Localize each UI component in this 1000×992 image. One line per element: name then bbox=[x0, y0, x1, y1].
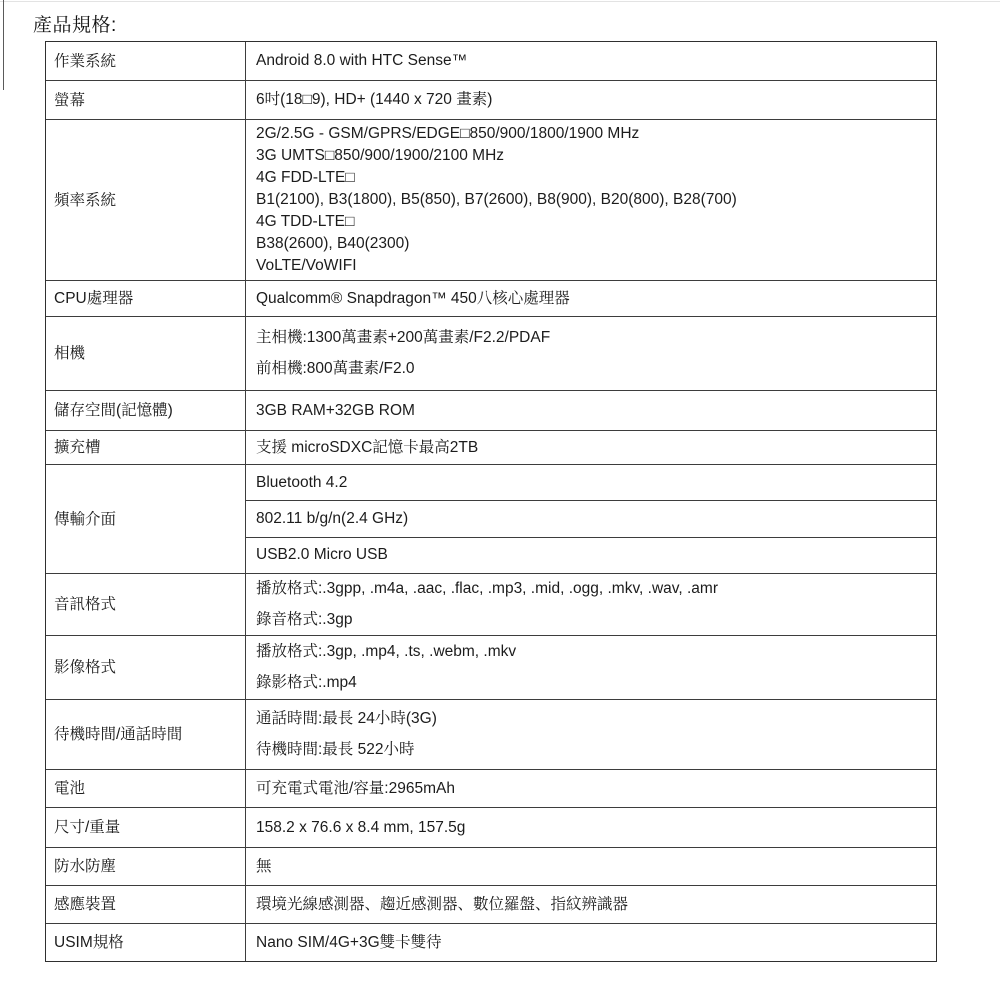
spec-row: 相機主相機:1300萬畫素+200萬畫素/F2.2/PDAF前相機:800萬畫素… bbox=[46, 316, 936, 390]
page-top-border bbox=[0, 1, 1000, 2]
spec-value: 可充電式電池/容量:2965mAh bbox=[246, 770, 936, 807]
spec-label: 作業系統 bbox=[46, 42, 246, 80]
spec-label: 音訊格式 bbox=[46, 574, 246, 635]
spec-value-cell: Nano SIM/4G+3G雙卡雙待 bbox=[246, 924, 936, 961]
spec-value: Qualcomm® Snapdragon™ 450八核心處理器 bbox=[246, 281, 936, 316]
spec-line: 無 bbox=[256, 857, 926, 877]
spec-value-cell: 環境光線感測器、趨近感測器、數位羅盤、指紋辨識器 bbox=[246, 886, 936, 923]
spec-row: 尺寸/重量158.2 x 76.6 x 8.4 mm, 157.5g bbox=[46, 807, 936, 847]
spec-value-cell: 可充電式電池/容量:2965mAh bbox=[246, 770, 936, 807]
spec-value-cell: 3GB RAM+32GB ROM bbox=[246, 391, 936, 430]
spec-row: 傳輸介面Bluetooth 4.2802.11 b/g/n(2.4 GHz)US… bbox=[46, 464, 936, 573]
spec-value: 主相機:1300萬畫素+200萬畫素/F2.2/PDAF前相機:800萬畫素/F… bbox=[246, 317, 936, 390]
spec-row: 影像格式播放格式:.3gp, .mp4, .ts, .webm, .mkv錄影格… bbox=[46, 635, 936, 699]
spec-line: 前相機:800萬畫素/F2.0 bbox=[256, 359, 926, 379]
spec-row: 待機時間/通話時間通話時間:最長 24小時(3G)待機時間:最長 522小時 bbox=[46, 699, 936, 769]
page-left-border bbox=[3, 0, 4, 90]
spec-label: 擴充槽 bbox=[46, 431, 246, 464]
spec-value-cell: 802.11 b/g/n(2.4 GHz) bbox=[246, 500, 936, 536]
spec-label: 防水防塵 bbox=[46, 848, 246, 885]
spec-value: 支援 microSDXC記憶卡最高2TB bbox=[246, 431, 936, 464]
spec-value: 通話時間:最長 24小時(3G)待機時間:最長 522小時 bbox=[246, 700, 936, 769]
spec-label: 電池 bbox=[46, 770, 246, 807]
spec-line: USB2.0 Micro USB bbox=[256, 545, 926, 565]
spec-line: 6吋(18□9), HD+ (1440 x 720 畫素) bbox=[256, 90, 926, 110]
spec-label: 感應裝置 bbox=[46, 886, 246, 923]
spec-row: 防水防塵無 bbox=[46, 847, 936, 885]
spec-row: 螢幕6吋(18□9), HD+ (1440 x 720 畫素) bbox=[46, 80, 936, 119]
spec-value: Android 8.0 with HTC Sense™ bbox=[246, 42, 936, 80]
spec-line: 支援 microSDXC記憶卡最高2TB bbox=[256, 438, 926, 458]
spec-value-cell: Android 8.0 with HTC Sense™ bbox=[246, 42, 936, 80]
spec-line: Bluetooth 4.2 bbox=[256, 473, 926, 493]
spec-value-cell: 主相機:1300萬畫素+200萬畫素/F2.2/PDAF前相機:800萬畫素/F… bbox=[246, 317, 936, 390]
spec-value-cell: 158.2 x 76.6 x 8.4 mm, 157.5g bbox=[246, 808, 936, 847]
spec-value: 6吋(18□9), HD+ (1440 x 720 畫素) bbox=[246, 81, 936, 119]
spec-label: 頻率系統 bbox=[46, 120, 246, 280]
spec-row: 儲存空間(記憶體)3GB RAM+32GB ROM bbox=[46, 390, 936, 430]
page-title: 產品規格: bbox=[33, 10, 117, 37]
spec-value: 2G/2.5G - GSM/GPRS/EDGE□850/900/1800/190… bbox=[246, 120, 936, 280]
spec-value-cell: 播放格式:.3gp, .mp4, .ts, .webm, .mkv錄影格式:.m… bbox=[246, 636, 936, 699]
spec-value: 播放格式:.3gp, .mp4, .ts, .webm, .mkv錄影格式:.m… bbox=[246, 636, 936, 699]
spec-label: 儲存空間(記憶體) bbox=[46, 391, 246, 430]
spec-value-cell: 6吋(18□9), HD+ (1440 x 720 畫素) bbox=[246, 81, 936, 119]
spec-row: 擴充槽支援 microSDXC記憶卡最高2TB bbox=[46, 430, 936, 464]
spec-line: 可充電式電池/容量:2965mAh bbox=[256, 779, 926, 799]
spec-value: 158.2 x 76.6 x 8.4 mm, 157.5g bbox=[246, 808, 936, 847]
spec-line: 2G/2.5G - GSM/GPRS/EDGE□850/900/1800/190… bbox=[256, 123, 926, 145]
spec-value-cell: USB2.0 Micro USB bbox=[246, 537, 936, 573]
spec-value-cell: Bluetooth 4.2 bbox=[246, 465, 936, 500]
spec-row: 音訊格式播放格式:.3gpp, .m4a, .aac, .flac, .mp3,… bbox=[46, 573, 936, 635]
spec-label: USIM規格 bbox=[46, 924, 246, 961]
spec-value: Nano SIM/4G+3G雙卡雙待 bbox=[246, 924, 936, 961]
spec-value-cell: 通話時間:最長 24小時(3G)待機時間:最長 522小時 bbox=[246, 700, 936, 769]
spec-line: 錄音格式:.3gp bbox=[256, 610, 926, 630]
spec-row: 頻率系統2G/2.5G - GSM/GPRS/EDGE□850/900/1800… bbox=[46, 119, 936, 280]
spec-value: 播放格式:.3gpp, .m4a, .aac, .flac, .mp3, .mi… bbox=[246, 574, 936, 635]
spec-line: 環境光線感測器、趨近感測器、數位羅盤、指紋辨識器 bbox=[256, 895, 926, 915]
spec-row: 電池可充電式電池/容量:2965mAh bbox=[46, 769, 936, 807]
spec-label: 螢幕 bbox=[46, 81, 246, 119]
spec-row: 作業系統Android 8.0 with HTC Sense™ bbox=[46, 42, 936, 80]
spec-line: 4G TDD-LTE□ bbox=[256, 211, 926, 233]
spec-value-cell: 無 bbox=[246, 848, 936, 885]
spec-line: VoLTE/VoWIFI bbox=[256, 255, 926, 277]
spec-value-cell: 2G/2.5G - GSM/GPRS/EDGE□850/900/1800/190… bbox=[246, 120, 936, 280]
spec-value: 無 bbox=[246, 848, 936, 885]
spec-line: Nano SIM/4G+3G雙卡雙待 bbox=[256, 933, 926, 953]
spec-row: CPU處理器Qualcomm® Snapdragon™ 450八核心處理器 bbox=[46, 280, 936, 316]
spec-value-cell: 支援 microSDXC記憶卡最高2TB bbox=[246, 431, 936, 464]
spec-row: USIM規格Nano SIM/4G+3G雙卡雙待 bbox=[46, 923, 936, 961]
spec-row: 感應裝置環境光線感測器、趨近感測器、數位羅盤、指紋辨識器 bbox=[46, 885, 936, 923]
spec-value: Bluetooth 4.2802.11 b/g/n(2.4 GHz)USB2.0… bbox=[246, 465, 936, 573]
spec-label: 傳輸介面 bbox=[46, 465, 246, 573]
spec-line: 主相機:1300萬畫素+200萬畫素/F2.2/PDAF bbox=[256, 328, 926, 348]
spec-label: 影像格式 bbox=[46, 636, 246, 699]
spec-line: 錄影格式:.mp4 bbox=[256, 673, 926, 693]
spec-label: CPU處理器 bbox=[46, 281, 246, 316]
spec-value-cell: 播放格式:.3gpp, .m4a, .aac, .flac, .mp3, .mi… bbox=[246, 574, 936, 635]
spec-table: 作業系統Android 8.0 with HTC Sense™螢幕6吋(18□9… bbox=[45, 41, 937, 962]
spec-value: 3GB RAM+32GB ROM bbox=[246, 391, 936, 430]
spec-value: 環境光線感測器、趨近感測器、數位羅盤、指紋辨識器 bbox=[246, 886, 936, 923]
spec-line: Android 8.0 with HTC Sense™ bbox=[256, 51, 926, 71]
spec-label: 相機 bbox=[46, 317, 246, 390]
spec-line: 3G UMTS□850/900/1900/2100 MHz bbox=[256, 145, 926, 167]
spec-line: B1(2100), B3(1800), B5(850), B7(2600), B… bbox=[256, 189, 926, 211]
spec-line: B38(2600), B40(2300) bbox=[256, 233, 926, 255]
spec-line: 4G FDD-LTE□ bbox=[256, 167, 926, 189]
spec-line: Qualcomm® Snapdragon™ 450八核心處理器 bbox=[256, 289, 926, 309]
spec-line: 待機時間:最長 522小時 bbox=[256, 740, 926, 760]
spec-line: 3GB RAM+32GB ROM bbox=[256, 401, 926, 421]
spec-line: 播放格式:.3gpp, .m4a, .aac, .flac, .mp3, .mi… bbox=[256, 579, 926, 599]
spec-label: 待機時間/通話時間 bbox=[46, 700, 246, 769]
spec-value-cell: Qualcomm® Snapdragon™ 450八核心處理器 bbox=[246, 281, 936, 316]
spec-label: 尺寸/重量 bbox=[46, 808, 246, 847]
spec-line: 播放格式:.3gp, .mp4, .ts, .webm, .mkv bbox=[256, 642, 926, 662]
spec-line: 802.11 b/g/n(2.4 GHz) bbox=[256, 509, 926, 529]
spec-line: 158.2 x 76.6 x 8.4 mm, 157.5g bbox=[256, 818, 926, 838]
spec-line: 通話時間:最長 24小時(3G) bbox=[256, 709, 926, 729]
